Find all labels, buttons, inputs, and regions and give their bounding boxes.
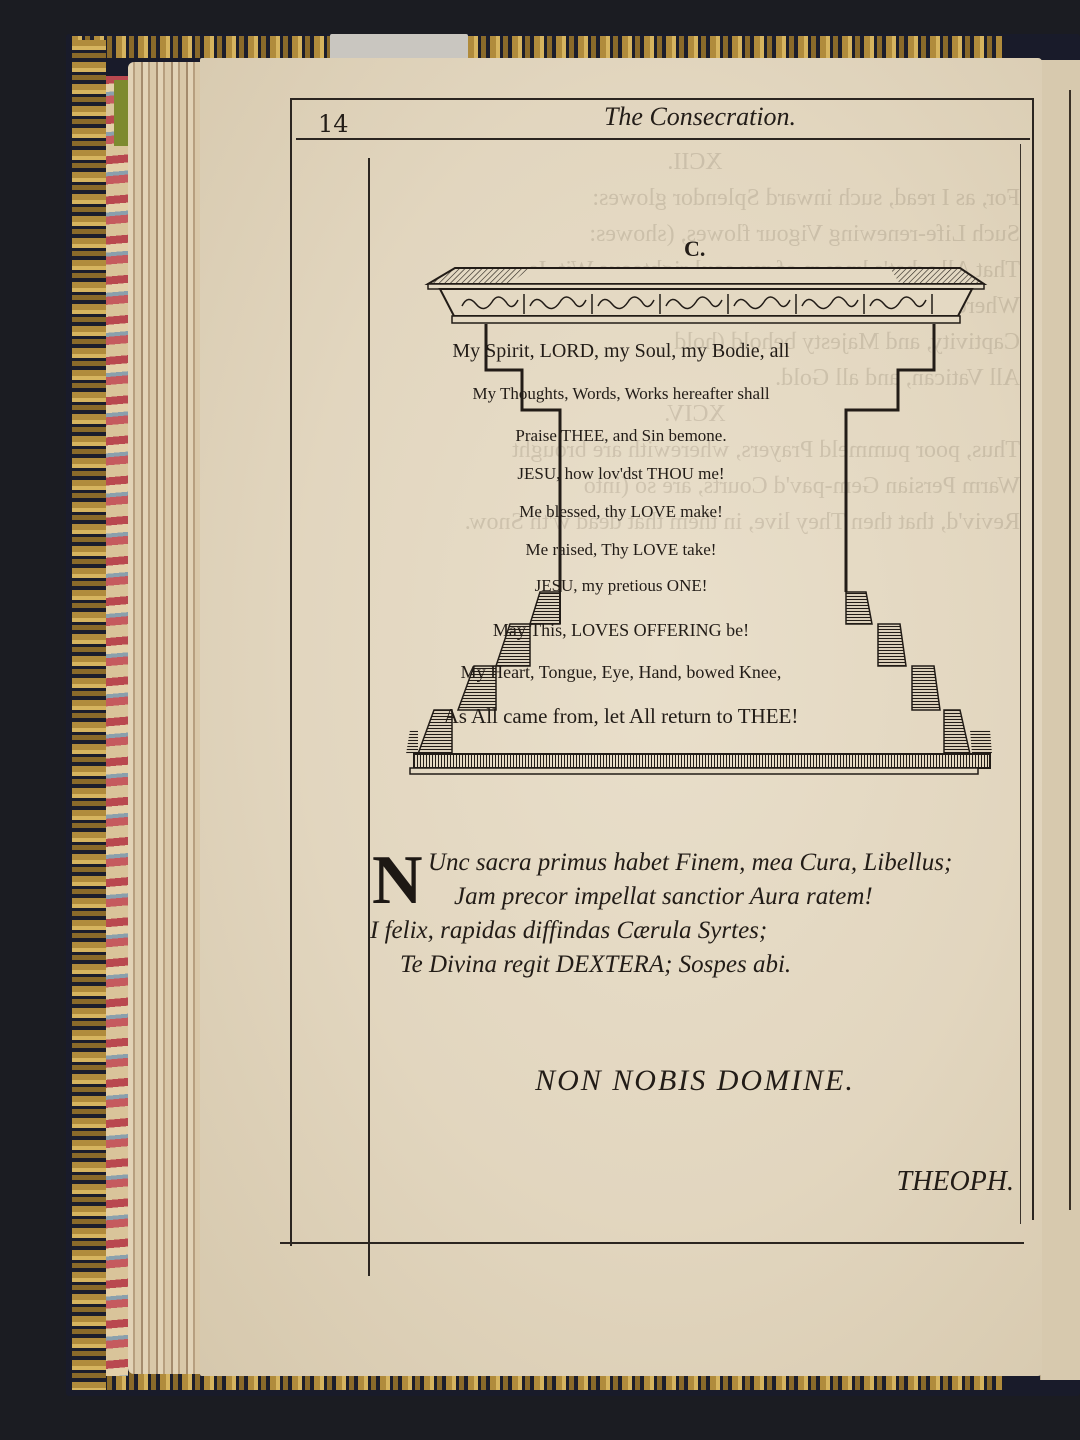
gilt-border-top [72,36,1002,58]
endpaper-ribbon [114,80,128,146]
altar-line-7: JESU, my pretious ONE! [200,576,1042,596]
altar-line-1: My Spirit, LORD, my Soul, my Bodie, all [200,340,1042,363]
gilt-border-left [72,40,106,1390]
altar-line-8: May This, LOVES OFFERING be! [200,620,1042,641]
marbled-endpaper [106,76,128,1376]
motto: NON NOBIS DOMINE. [370,1064,1020,1098]
altar-line-5: Me blessed, thy LOVE make! [200,502,1042,522]
book-page: XCII.For, as I read, such inward Splendo… [200,58,1042,1376]
facing-page-rule [1069,90,1071,1210]
latin-line-1: Unc sacra primus habet Finem, mea Cura, … [428,846,952,880]
signature: THEOPH. [800,1166,1014,1198]
latin-line-3: I felix, rapidas diffindas Cærula Syrtes… [370,914,767,948]
altar-line-4: JESU, how lov'dst THOU me! [200,464,1042,484]
page-stack-edge [128,62,208,1374]
paper-tab [330,34,468,60]
altar-line-10: As All came from, let All return to THEE… [200,704,1042,729]
altar-line-2: My Thoughts, Words, Works hereafter shal… [200,384,1042,404]
latin-line-2: Jam precor impellat sanctior Aura ratem! [454,880,873,914]
latin-line-4: Te Divina regit DEXTERA; Sospes abi. [400,948,791,982]
facing-page-edge [1040,60,1080,1380]
drop-cap: N [372,846,423,916]
altar-line-6: Me raised, Thy LOVE take! [200,540,1042,560]
altar-line-3: Praise THEE, and Sin bemone. [200,426,1042,446]
altar-line-9: My Heart, Tongue, Eye, Hand, bowed Knee, [200,662,1042,683]
